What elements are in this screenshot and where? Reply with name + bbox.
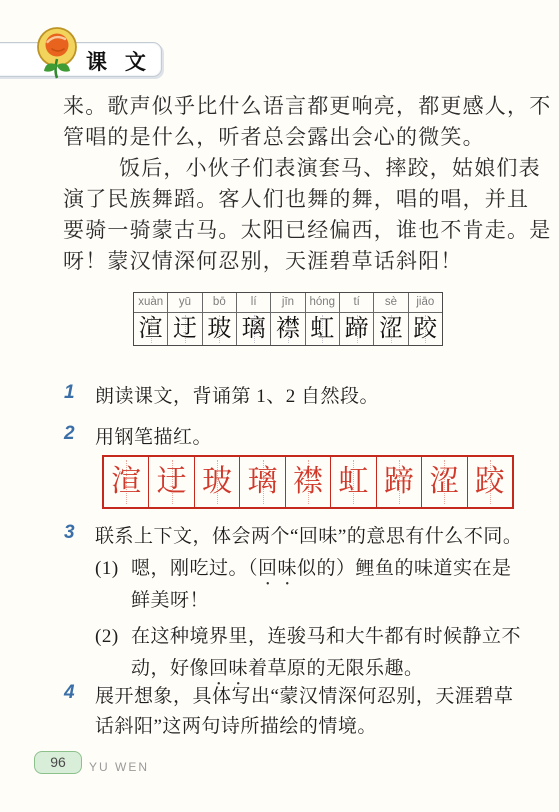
pinyin-label: sè <box>374 293 407 313</box>
character-glyph: 玻 <box>203 313 236 345</box>
sub-item-marker: (1) <box>95 554 131 584</box>
pinyin-table-cell: sè 涩 <box>373 293 407 345</box>
exercise-item-2: 2 用钢笔描红。 <box>64 423 212 453</box>
tracing-cell: 渲 <box>104 457 148 507</box>
pinyin-table-cell: hóng 虹 <box>305 293 339 345</box>
exercise-text: 展开想象，具体写出“蒙汉情深何忍别，天涯碧草 话斜阳”这两句诗所描绘的情境。 <box>95 682 513 742</box>
passage-line: 要骑一骑蒙古马。太阳已经偏西，谁也不肯走。是 <box>63 215 531 246</box>
character-glyph: 迂 <box>168 313 201 345</box>
sub-item-text: 鲜美呀！ <box>131 590 209 611</box>
pinyin-table-cell: jiāo 跤 <box>408 293 442 345</box>
section-title: 课 文 <box>86 46 152 76</box>
exercise-number: 3 <box>64 522 95 552</box>
sub-item-text: 动，好像 <box>131 658 209 679</box>
page-footer: 96 YU WEN <box>34 751 149 774</box>
character-glyph: 跤 <box>409 313 442 345</box>
book-series-label: YU WEN <box>89 760 149 774</box>
passage-line: 饭后，小伙子们表演套马、摔跤，姑娘们表 <box>63 153 531 184</box>
pinyin-table-cell: bō 玻 <box>202 293 236 345</box>
page-number-badge: 96 <box>34 751 82 774</box>
passage-line: 呀！蒙汉情深何忍别，天涯碧草话斜阳！ <box>63 246 531 277</box>
lesson-passage: 来。歌声似乎比什么语言都更响亮，都更感人，不 管唱的是什么，听者总会露出会心的微… <box>63 91 531 277</box>
sub-item-text: 在这种境界里，连骏马和大牛都有时候静立不 <box>131 626 521 647</box>
exercise-3-sub-1-line-2: 鲜美呀！ <box>95 586 209 616</box>
tracing-cell: 璃 <box>239 457 284 507</box>
exercise-item-4: 4 展开想象，具体写出“蒙汉情深何忍别，天涯碧草 话斜阳”这两句诗所描绘的情境。 <box>64 682 513 742</box>
pinyin-table-cell: jīn 襟 <box>270 293 304 345</box>
tracing-cell: 虹 <box>330 457 375 507</box>
pinyin-label: xuàn <box>134 293 167 313</box>
exercise-item-1: 1 朗读课文，背诵第 1、2 自然段。 <box>64 382 379 412</box>
tracing-cell: 襟 <box>285 457 330 507</box>
exercise-4-line-1: 展开想象，具体写出“蒙汉情深何忍别，天涯碧草 <box>95 682 513 712</box>
exercise-text: 朗读课文，背诵第 1、2 自然段。 <box>95 382 379 412</box>
tracing-cell: 蹄 <box>376 457 421 507</box>
sub-item-text: 似的）鲤鱼的味道实在是 <box>297 558 512 579</box>
exercise-text: 用钢笔描红。 <box>95 423 212 453</box>
character-glyph: 涩 <box>374 313 407 345</box>
exercise-4-line-2: 话斜阳”这两句诗所描绘的情境。 <box>95 712 513 742</box>
pinyin-label: jīn <box>271 293 304 313</box>
publisher-seed-logo-icon <box>35 27 79 79</box>
emphasized-word: 回味 <box>209 658 248 679</box>
exercise-number: 4 <box>64 682 95 742</box>
sub-item-text: 嗯，刚吃过。（ <box>131 558 258 579</box>
pinyin-label: tí <box>340 293 373 313</box>
sub-item-marker: (2) <box>95 622 131 652</box>
pinyin-table-cell: xuàn 渲 <box>134 293 167 345</box>
passage-line: 管唱的是什么，听者总会露出会心的微笑。 <box>63 122 531 153</box>
pinyin-label: jiāo <box>409 293 442 313</box>
character-glyph: 璃 <box>237 313 270 345</box>
exercise-3-sub-1-line-1: (1)嗯，刚吃过。（回味似的）鲤鱼的味道实在是 <box>95 554 512 590</box>
tracing-cell: 迂 <box>148 457 193 507</box>
passage-line: 来。歌声似乎比什么语言都更响亮，都更感人，不 <box>63 91 531 122</box>
character-glyph: 虹 <box>306 313 339 345</box>
exercise-number: 1 <box>64 382 95 412</box>
character-glyph: 襟 <box>271 313 304 345</box>
pinyin-table-cell: yū 迂 <box>167 293 201 345</box>
pinyin-table-cell: lí 璃 <box>236 293 270 345</box>
exercise-text: 联系上下文，体会两个“回味”的意思有什么不同。 <box>95 522 522 552</box>
tracing-cell: 涩 <box>421 457 466 507</box>
pinyin-label: hóng <box>306 293 339 313</box>
exercise-item-3: 3 联系上下文，体会两个“回味”的意思有什么不同。 <box>64 522 522 552</box>
new-characters-pinyin-table: xuàn 渲 yū 迂 bō 玻 lí 璃 jīn 襟 hóng 虹 tí 蹄 … <box>133 292 443 346</box>
pinyin-label: yū <box>168 293 201 313</box>
pinyin-label: lí <box>237 293 270 313</box>
pinyin-table-cell: tí 蹄 <box>339 293 373 345</box>
passage-line: 演了民族舞蹈。客人们也舞的舞，唱的唱，并且 <box>63 184 531 215</box>
tracing-cell: 跤 <box>467 457 512 507</box>
character-glyph: 渲 <box>134 313 167 345</box>
pinyin-label: bō <box>203 293 236 313</box>
exercise-number: 2 <box>64 423 95 453</box>
emphasized-word: 回味 <box>258 558 297 579</box>
red-tracing-box: 渲 迂 玻 璃 襟 虹 蹄 涩 跤 <box>102 455 514 509</box>
character-glyph: 蹄 <box>340 313 373 345</box>
exercise-3-sub-2-line-1: (2)在这种境界里，连骏马和大牛都有时候静立不 <box>95 622 521 652</box>
tracing-cell: 玻 <box>194 457 239 507</box>
textbook-page: 课 文 来。歌声似乎比什么语言都更响亮，都更感人，不 管唱的是什么，听者总会露出… <box>0 0 559 812</box>
sub-item-text: 着草原的无限乐趣。 <box>248 658 424 679</box>
